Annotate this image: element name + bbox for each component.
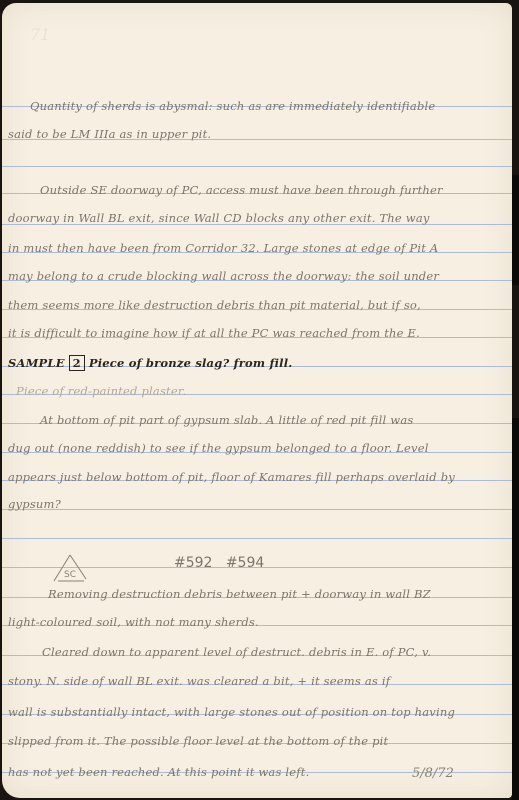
text-line: wall is substantially intact, with large… bbox=[8, 705, 455, 719]
text-line: Removing destruction debris between pit … bbox=[48, 587, 431, 601]
text-line: Quantity of sherds is abysmal: such as a… bbox=[30, 99, 435, 113]
sample-label: SAMPLE bbox=[8, 356, 65, 370]
svg-text:SC: SC bbox=[64, 570, 76, 580]
text-line: has not yet been reached. At this point … bbox=[8, 765, 309, 779]
trench-triangle-icon: SC bbox=[50, 554, 90, 584]
sample-text: Piece of bronze slag? from fill. bbox=[89, 356, 293, 370]
text-line: it is difficult to imagine how if at all… bbox=[8, 326, 420, 340]
text-line: slipped from it. The possible floor leve… bbox=[8, 734, 388, 748]
text-line: said to be LM IIIa as in upper pit. bbox=[8, 127, 211, 141]
faint-note: Piece of red-painted plaster. bbox=[16, 384, 186, 398]
object-number: #592 bbox=[174, 555, 212, 571]
text-line: them seems more like destruction debris … bbox=[8, 298, 421, 312]
sample-entry: SAMPLE2Piece of bronze slag? from fill. bbox=[8, 355, 293, 371]
page-edge-shadow bbox=[512, 175, 519, 285]
text-line: gypsum? bbox=[8, 497, 61, 511]
text-line: dug out (none reddish) to see if the gyp… bbox=[8, 441, 429, 455]
text-line: in must then have been from Corridor 32.… bbox=[8, 241, 438, 255]
text-line: At bottom of pit part of gypsum slab. A … bbox=[40, 413, 414, 427]
page-edge-shadow bbox=[512, 418, 519, 800]
entry-date: 5/8/72 bbox=[412, 766, 454, 781]
sample-number-box: 2 bbox=[69, 355, 85, 371]
ruled-line bbox=[2, 509, 512, 510]
text-line: light-coloured soil, with not many sherd… bbox=[8, 615, 259, 629]
text-line: Outside SE doorway of PC, access must ha… bbox=[40, 183, 443, 197]
text-line: may belong to a crude blocking wall acro… bbox=[8, 269, 439, 283]
ruled-line bbox=[2, 166, 512, 167]
ruled-line bbox=[2, 538, 512, 539]
text-line: Cleared down to apparent level of destru… bbox=[42, 645, 431, 659]
bleed-through-page-number: 71 bbox=[30, 25, 50, 44]
text-line: doorway in Wall BL exit, since Wall CD b… bbox=[8, 211, 430, 225]
text-line: stony. N. side of wall BL exit. was clea… bbox=[8, 674, 390, 688]
text-line: appears just below bottom of pit, floor … bbox=[8, 470, 455, 484]
notebook-page: 71 Quantity of sherds is abysmal: such a… bbox=[2, 3, 512, 798]
object-numbers: #592 #594 bbox=[174, 555, 264, 571]
object-number: #594 bbox=[226, 555, 264, 571]
